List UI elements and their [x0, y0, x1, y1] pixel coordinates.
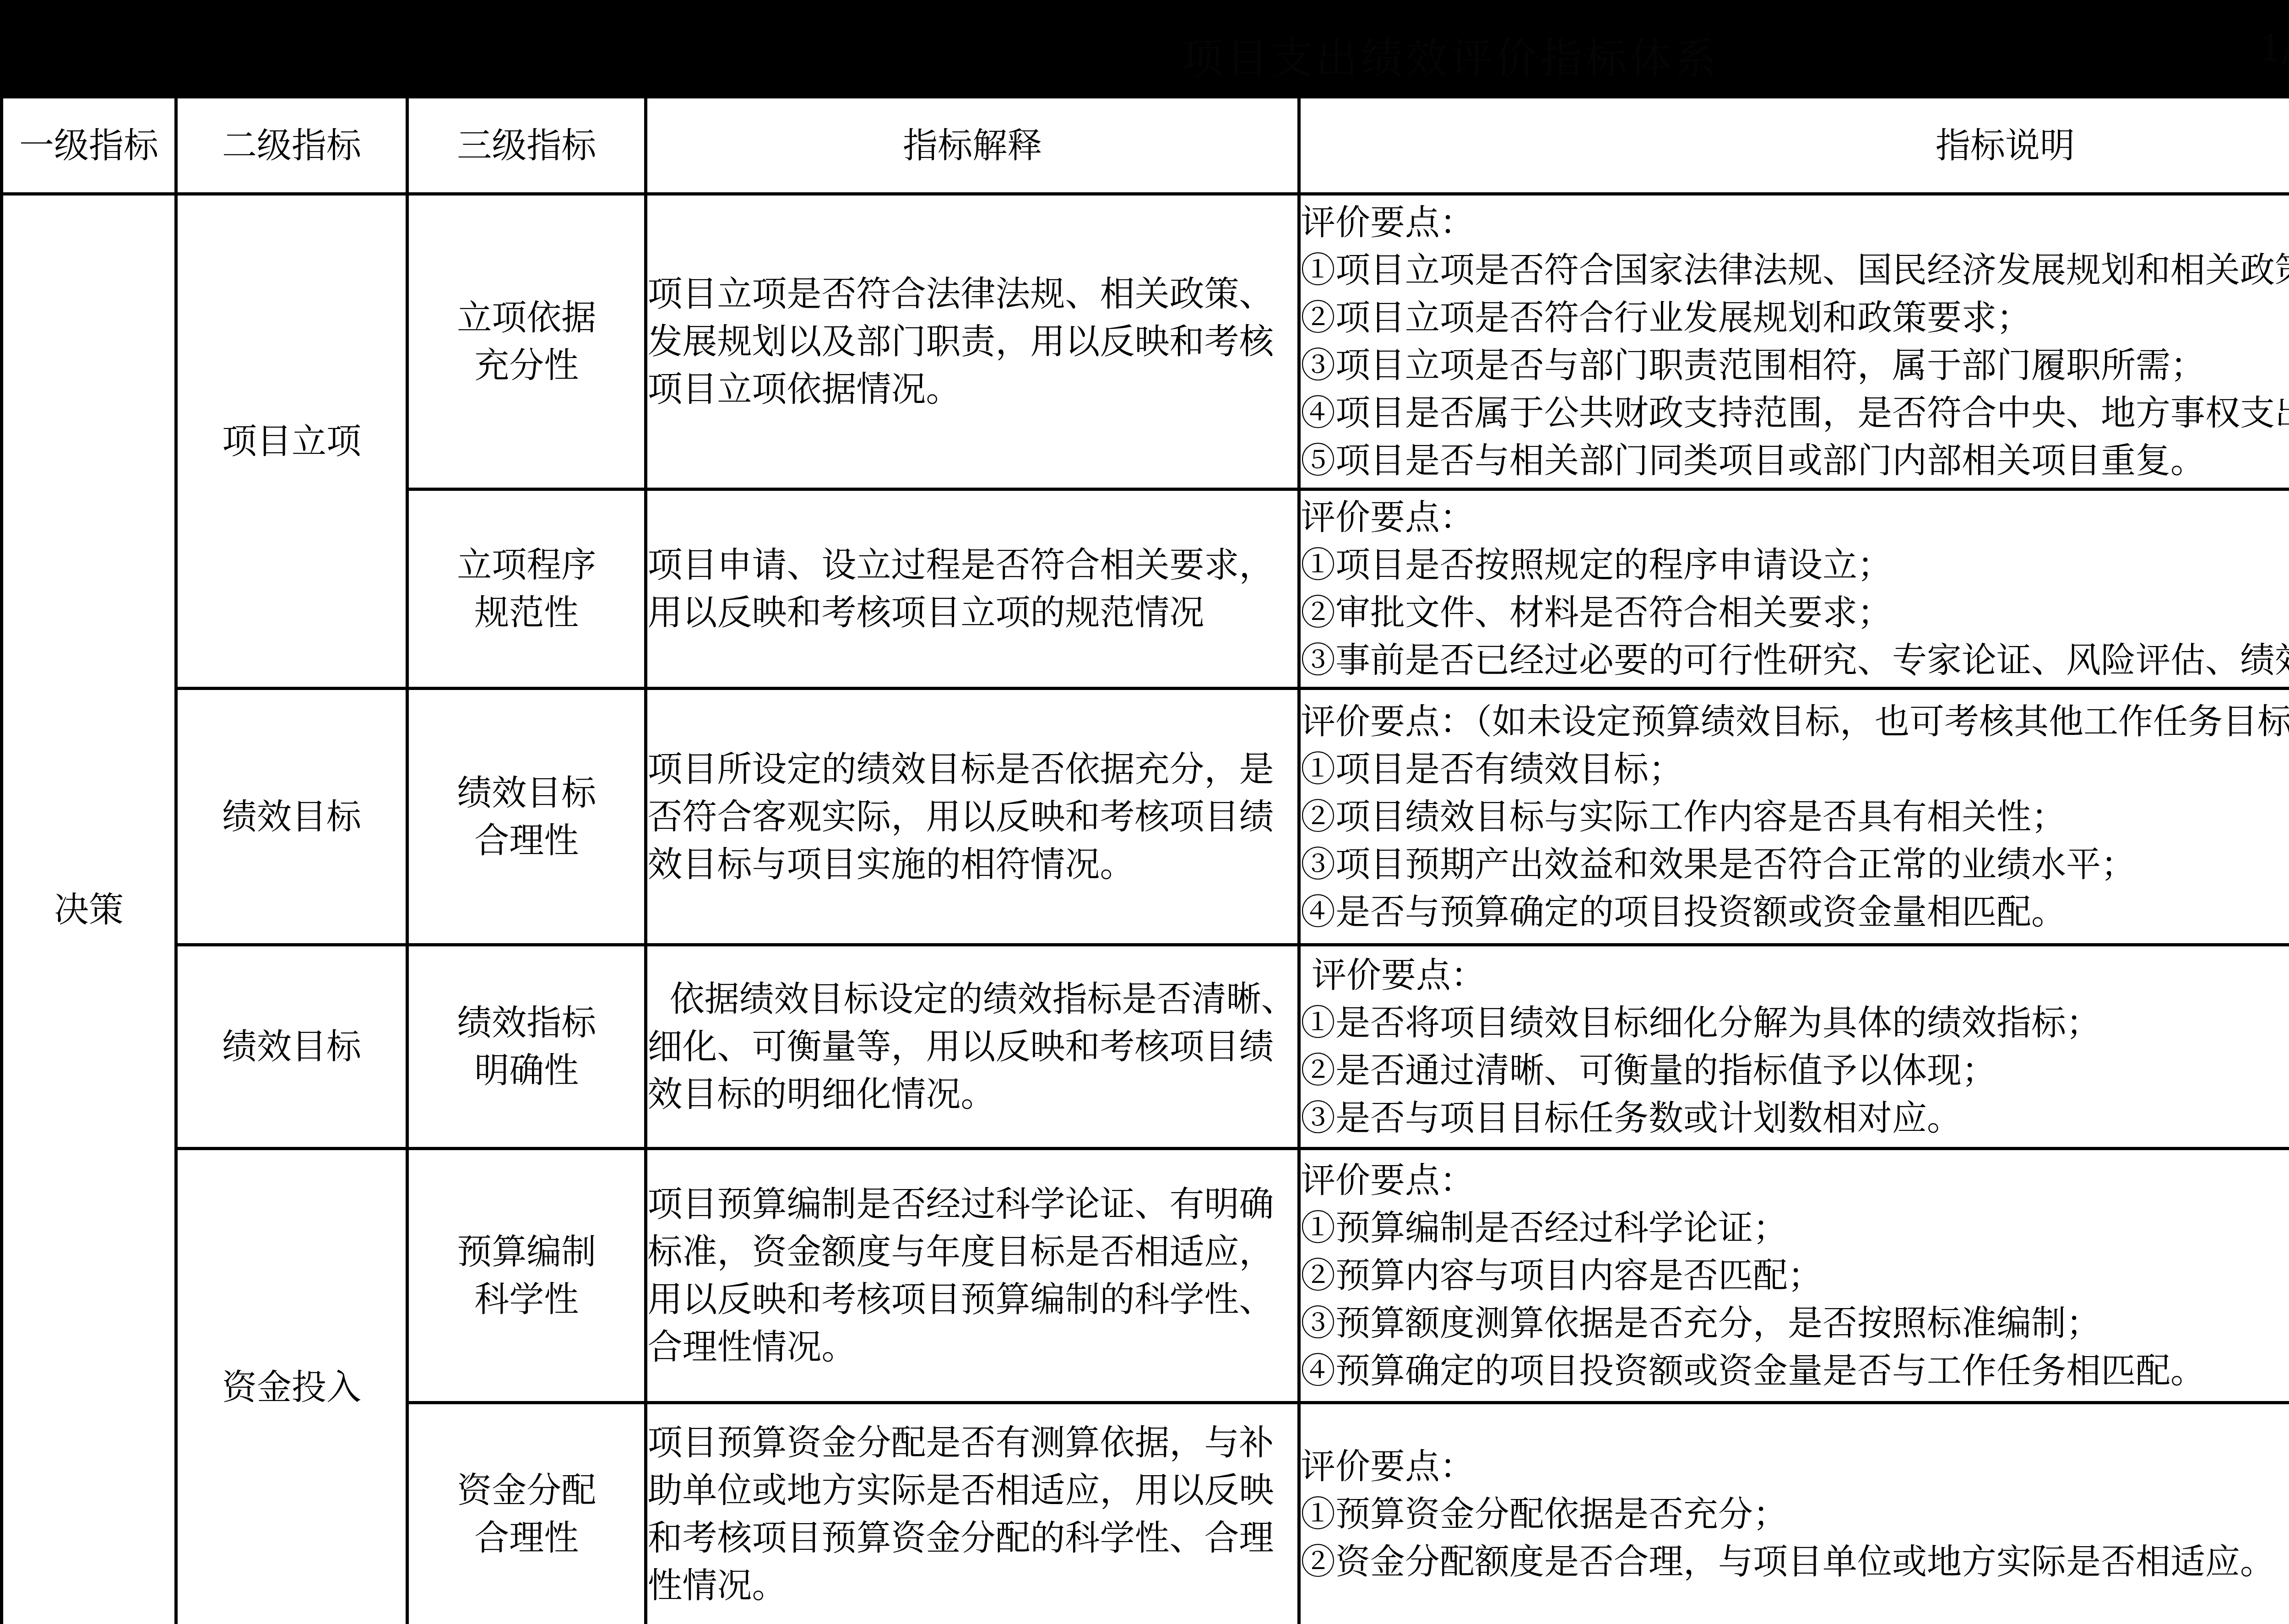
table-row: 决策 项目立项 立项依据充分性 项目立项是否符合法律法规、相关政策、发展规划以及…	[2, 194, 2289, 489]
indicator-table: 一级指标 二级指标 三级指标 指标解释 指标说明 决策 项目立项 立项依据充分性…	[0, 95, 2289, 1624]
level3-cell: 绩效目标合理性	[407, 689, 645, 945]
description-point: ④是否与预算确定的项目投资额或资金量相匹配。	[1301, 888, 2289, 936]
explanation-cell: 项目立项是否符合法律法规、相关政策、发展规划以及部门职责，用以反映和考核项目立项…	[646, 194, 1299, 489]
table-row: 绩效目标 绩效目标合理性 项目所设定的绩效目标是否依据充分，是否符合客观实际，用…	[2, 689, 2289, 945]
description-title: 评价要点：	[1301, 951, 2289, 999]
description-point: ②是否通过清晰、可衡量的指标值予以体现；	[1301, 1047, 2289, 1094]
level2-cell: 项目立项	[176, 194, 407, 689]
table-row: 绩效目标 绩效指标明确性 依据绩效目标设定的绩效指标是否清晰、细化、可衡量等，用…	[2, 945, 2289, 1149]
description-cell: 评价要点： ①预算资金分配依据是否充分； ②资金分配额度是否合理，与项目单位或地…	[1299, 1403, 2289, 1624]
level3-cell: 绩效指标明确性	[407, 945, 645, 1149]
explanation-cell: 项目预算资金分配是否有测算依据，与补助单位或地方实际是否相适应，用以反映和考核项…	[646, 1403, 1299, 1624]
description-point: ②预算内容与项目内容是否匹配；	[1301, 1252, 2289, 1299]
level3-label: 绩效指标明确性	[451, 999, 602, 1094]
description-cell: 评价要点：（如未设定预算绩效目标，也可考核其他工作任务目标） ①项目是否有绩效目…	[1299, 689, 2289, 945]
description-title: 评价要点：	[1301, 199, 2289, 246]
level3-cell: 资金分配合理性	[407, 1403, 645, 1624]
level2-cell: 资金投入	[176, 1149, 407, 1624]
level3-cell: 预算编制科学性	[407, 1149, 645, 1403]
header-level2: 二级指标	[176, 97, 407, 194]
description-cell: 评价要点： ①项目是否按照规定的程序申请设立； ②审批文件、材料是否符合相关要求…	[1299, 489, 2289, 689]
description-point: ①预算编制是否经过科学论证；	[1301, 1204, 2289, 1252]
title-band: 项目支出绩效评价指标体系 1/3	[0, 0, 2289, 95]
explanation-cell: 项目预算编制是否经过科学论证、有明确标准，资金额度与年度目标是否相适应，用以反映…	[646, 1149, 1299, 1403]
table-row: 资金投入 预算编制科学性 项目预算编制是否经过科学论证、有明确标准，资金额度与年…	[2, 1149, 2289, 1403]
document-title: 项目支出绩效评价指标体系	[1181, 25, 1719, 86]
description-title: 评价要点：	[1301, 1443, 2289, 1490]
level3-cell: 立项依据充分性	[407, 194, 645, 489]
explanation-cell: 依据绩效目标设定的绩效指标是否清晰、细化、可衡量等，用以反映和考核项目绩效目标的…	[646, 945, 1299, 1149]
description-point: ②项目立项是否符合行业发展规划和政策要求；	[1301, 294, 2289, 342]
description-title: 评价要点：	[1301, 1157, 2289, 1204]
header-level1: 一级指标	[2, 97, 176, 194]
description-point: ④预算确定的项目投资额或资金量是否与工作任务相匹配。	[1301, 1347, 2289, 1395]
description-cell: 评价要点： ①项目立项是否符合国家法律法规、国民经济发展规划和相关政策； ②项目…	[1299, 194, 2289, 489]
description-point: ③是否与项目目标任务数或计划数相对应。	[1301, 1094, 2289, 1142]
description-point: ③项目预期产出效益和效果是否符合正常的业绩水平；	[1301, 841, 2289, 888]
page-indicator: 1/3	[2259, 28, 2289, 70]
description-cell: 评价要点： ①预算编制是否经过科学论证； ②预算内容与项目内容是否匹配； ③预算…	[1299, 1149, 2289, 1403]
level3-cell: 立项程序规范性	[407, 489, 645, 689]
header-level3: 三级指标	[407, 97, 645, 194]
level1-cell: 决策	[2, 194, 176, 1624]
description-point: ④项目是否属于公共财政支持范围，是否符合中央、地方事权支出责任划分原则；	[1301, 389, 2289, 437]
description-point: ①项目是否有绩效目标；	[1301, 745, 2289, 793]
description-point: ③事前是否已经过必要的可行性研究、专家论证、风险评估、绩效评估、集体决策	[1301, 636, 2289, 684]
description-title: 评价要点：（如未设定预算绩效目标，也可考核其他工作任务目标）	[1301, 698, 2289, 745]
level3-label: 绩效目标合理性	[451, 769, 602, 864]
level2-cell: 绩效目标	[176, 689, 407, 945]
description-point: ①是否将项目绩效目标细化分解为具体的绩效指标；	[1301, 999, 2289, 1047]
description-point: ①项目立项是否符合国家法律法规、国民经济发展规划和相关政策；	[1301, 246, 2289, 294]
description-point: ②项目绩效目标与实际工作内容是否具有相关性；	[1301, 793, 2289, 841]
explanation-cell: 项目申请、设立过程是否符合相关要求，用以反映和考核项目立项的规范情况	[646, 489, 1299, 689]
description-title: 评价要点：	[1301, 494, 2289, 541]
header-description: 指标说明	[1299, 97, 2289, 194]
description-point: ③项目立项是否与部门职责范围相符，属于部门履职所需；	[1301, 342, 2289, 389]
level3-label: 预算编制科学性	[451, 1228, 602, 1323]
header-explanation: 指标解释	[646, 97, 1299, 194]
description-point: ①项目是否按照规定的程序申请设立；	[1301, 541, 2289, 589]
header-row: 一级指标 二级指标 三级指标 指标解释 指标说明	[2, 97, 2289, 194]
description-cell: 评价要点： ①是否将项目绩效目标细化分解为具体的绩效指标； ②是否通过清晰、可衡…	[1299, 945, 2289, 1149]
description-point: ③预算额度测算依据是否充分，是否按照标准编制；	[1301, 1299, 2289, 1347]
level3-label: 立项程序规范性	[451, 541, 602, 636]
description-point: ②审批文件、材料是否符合相关要求；	[1301, 589, 2289, 636]
explanation-cell: 项目所设定的绩效目标是否依据充分，是否符合客观实际，用以反映和考核项目绩效目标与…	[646, 689, 1299, 945]
level3-label: 立项依据充分性	[451, 294, 602, 389]
level3-label: 资金分配合理性	[451, 1466, 602, 1562]
description-point: ②资金分配额度是否合理，与项目单位或地方实际是否相适应。	[1301, 1538, 2289, 1586]
description-point: ⑤项目是否与相关部门同类项目或部门内部相关项目重复。	[1301, 437, 2289, 484]
level2-cell: 绩效目标	[176, 945, 407, 1149]
description-point: ①预算资金分配依据是否充分；	[1301, 1490, 2289, 1538]
